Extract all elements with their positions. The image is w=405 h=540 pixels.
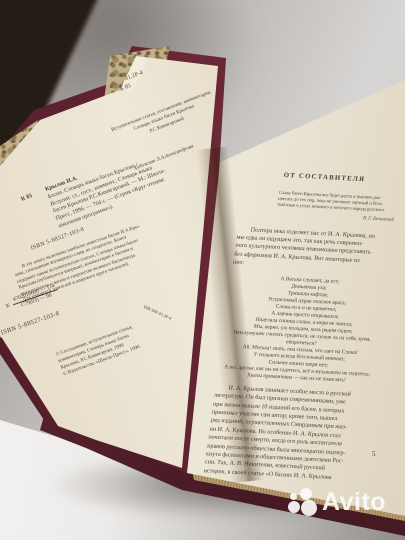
avito-logo-icon [288, 488, 317, 517]
catalog-description: Басни. Словарь языка басен Крылова /Всту… [47, 162, 166, 230]
intro-paragraph: Полтора века отделяет нас от И. А. Крыло… [232, 225, 396, 275]
photo-scene: ББК 84Р, 81.2Р-4 К 85 Вступительная стат… [0, 0, 405, 540]
avito-watermark: Avito [288, 488, 386, 517]
copyright-block: © Составление, вступительная статья,комм… [55, 299, 210, 378]
catalog-code: К 85 [20, 193, 33, 204]
epigraph: Слава басен Крылова все будет расти и пы… [277, 190, 401, 215]
page-number: 5 [372, 450, 376, 458]
isbn-bottom: ISBN 5-88527-103-8 [0, 310, 61, 337]
section-header: ОТ СОСТАВИТЕЛЯ [245, 170, 404, 185]
index-prefix: К [5, 303, 10, 310]
watermark-text: Avito [322, 488, 386, 517]
